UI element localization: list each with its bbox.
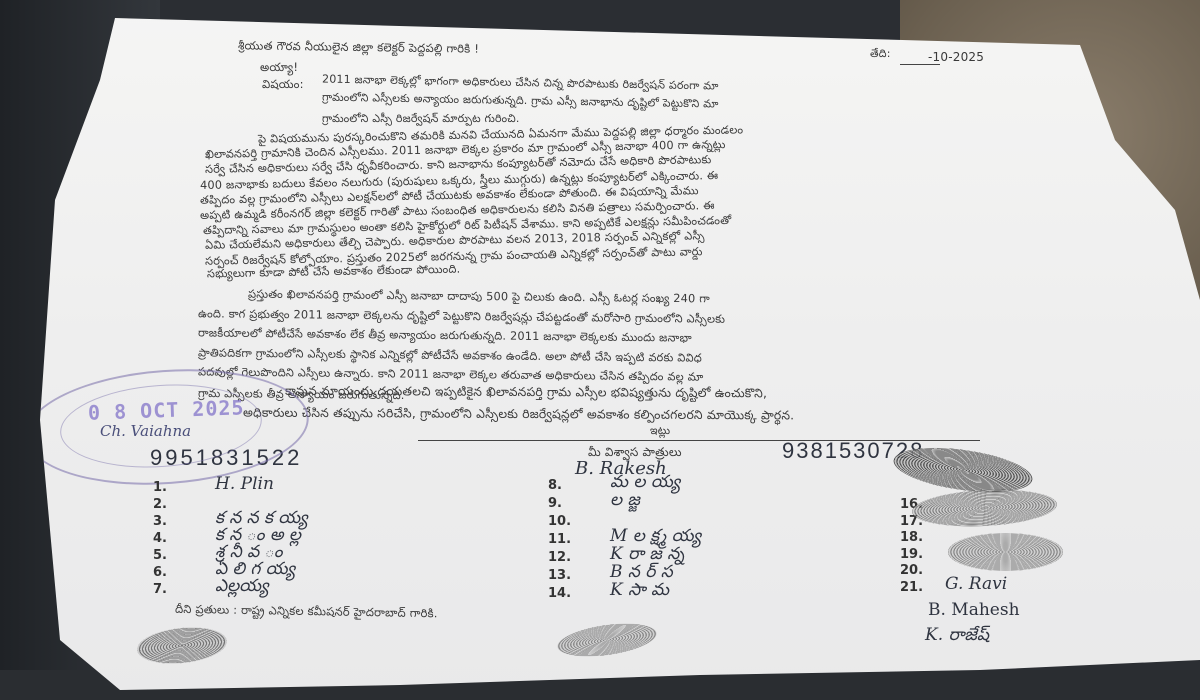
closing: ఇట్లు (650, 424, 670, 440)
para2-line-4: ప్రాతిపదికగా గ్రామంలోని ఎస్సీలకు స్థానిక… (198, 346, 702, 367)
date-value: -10-2025 (928, 50, 984, 64)
stamp-signature: Ch. Vaiahna (100, 422, 191, 440)
greeting: అయ్యా! (260, 60, 298, 77)
extra-signature-2: K. రాజేష్ (925, 625, 989, 649)
salutation-to: శ్రీయుత గౌరవ నీయులైన జిల్లా కలెక్టర్ పెద… (238, 38, 479, 58)
signatory-mid-signature: ల జ్జ (610, 490, 640, 514)
date-label: తేది: (870, 47, 891, 63)
signatory-right-number: 19. (900, 547, 923, 562)
signatory-mid-number: 9. (548, 496, 562, 511)
signatory-left-number: 7. (153, 582, 167, 597)
signatory-mid-number: 11. (548, 532, 571, 547)
signatory-left-number: 4. (153, 531, 167, 546)
signatory-left-signature: ఎల్లయ్య (215, 576, 269, 600)
signatory-mid-number: 13. (548, 568, 571, 583)
subject-line-3: గ్రామంలోని ఎస్సీ రిజర్వేషన్ మార్పుట గురి… (322, 112, 520, 128)
para2-line-3: రాజకీయాలలో పోటీచేసే అవకాశం లేక తీవ్ర అన్… (198, 326, 692, 347)
signatory-right-number: 18. (900, 530, 923, 545)
signatory-mid-signature: K సా మ (610, 580, 669, 604)
signatory-mid-number: 12. (548, 550, 571, 565)
signatory-left-number: 1. (153, 480, 167, 495)
para3-line-2: అధికారులు చేసిన తప్పును సరిచేసి, గ్రామంల… (243, 406, 794, 426)
signatory-left-signature: H. Plin (215, 474, 274, 494)
signatory-mid-number: 14. (548, 586, 571, 601)
copy-to: దీని ప్రతులు : రాష్ట్ర ఎన్నికల కమీషనర్ హ… (175, 602, 438, 624)
date-underline (900, 64, 940, 65)
fingerprint-16-17 (911, 486, 1058, 530)
signatory-left-number: 6. (153, 565, 167, 580)
fingerprint-bottom-right (555, 618, 658, 662)
signatory-mid-number: 10. (548, 514, 571, 529)
signatory-mid-number: 8. (548, 478, 562, 493)
signatory-right-number: 20. (900, 563, 923, 578)
signatory-left-number: 3. (153, 514, 167, 529)
para2-line-1: ప్రస్తుతం ఖిలావనపర్తి గ్రామంలో ఎస్సీ జనా… (248, 288, 710, 309)
subject-label: విషయం: (262, 77, 304, 94)
signatory-left-number: 5. (153, 548, 167, 563)
signatory-right-number: 21. (900, 580, 923, 595)
extra-signature-1: B. Mahesh (928, 600, 1020, 620)
para2-line-2: ఉంది. కాగ ప్రభుత్వం 2011 జనాభా లెక్కలను … (198, 307, 725, 329)
fingerprint-bottom-left (135, 623, 228, 667)
petition-letter: శ్రీయుత గౌరవ నీయులైన జిల్లా కలెక్టర్ పెద… (0, 0, 1200, 700)
signatory-left-number: 2. (153, 497, 167, 512)
signatory-right-signature: G. Ravi (945, 574, 1007, 594)
para3-line-1: కావున మాయందు దయతలచి ఇప్పటికైన ఖిలావనపర్త… (285, 384, 767, 404)
fingerprint-18-19 (948, 533, 1063, 571)
